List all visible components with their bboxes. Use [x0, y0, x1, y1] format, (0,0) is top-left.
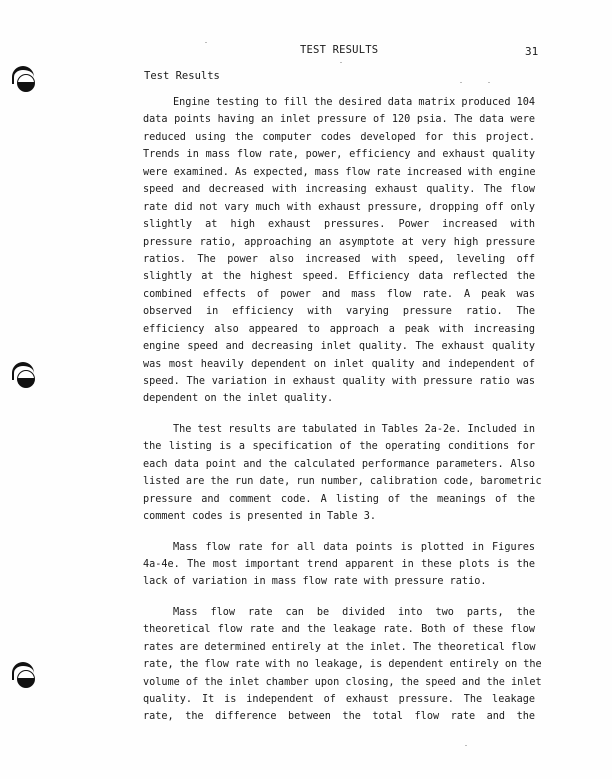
paragraph: Engine testing to fill the desired data … [143, 94, 535, 408]
text-line: speed. The variation in exhaust quality … [143, 373, 535, 390]
text-line: 4a-4e. The most important trend apparent… [143, 556, 535, 573]
text-line: speed and decreased with increasing exha… [143, 181, 535, 198]
binder-hole-icon [12, 362, 34, 390]
text-line: Mass flow rate can be divided into two p… [143, 604, 535, 621]
text-line: comment codes is presented in Table 3. [143, 508, 535, 525]
text-line: slightly at high exhaust pressures. Powe… [143, 216, 535, 233]
document-page: TEST RESULTS 31 Test Results Engine test… [0, 0, 612, 779]
text-line: The test results are tabulated in Tables… [143, 421, 535, 438]
text-line: each data point and the calculated perfo… [143, 456, 535, 473]
paragraph: The test results are tabulated in Tables… [143, 421, 535, 526]
page-number: 31 [525, 45, 538, 58]
text-line: pressure ratio, approaching an asymptote… [143, 234, 535, 251]
text-line: engine speed and decreasing inlet qualit… [143, 338, 535, 355]
running-head: TEST RESULTS [300, 44, 378, 56]
paragraph: Mass flow rate can be divided into two p… [143, 604, 535, 726]
text-line: rate, the flow rate with no leakage, is … [143, 656, 535, 673]
body-text: Engine testing to fill the desired data … [143, 94, 535, 739]
text-line: listed are the run date, run number, cal… [143, 473, 535, 490]
paragraph: Mass flow rate for all data points is pl… [143, 539, 535, 591]
text-line: rate did not vary much with exhaust pres… [143, 199, 535, 216]
text-line: Engine testing to fill the desired data … [143, 94, 535, 111]
text-line: were examined. As expected, mass flow ra… [143, 164, 535, 181]
text-line: slightly at the highest speed. Efficienc… [143, 268, 535, 285]
text-line: volume of the inlet chamber upon closing… [143, 674, 535, 691]
binder-hole-icon [12, 66, 34, 94]
text-line: dependent on the inlet quality. [143, 390, 535, 407]
text-line: rates are determined entirely at the inl… [143, 639, 535, 656]
binder-hole-icon [12, 662, 34, 690]
text-line: ratios. The power also increased with sp… [143, 251, 535, 268]
text-line: Mass flow rate for all data points is pl… [143, 539, 535, 556]
text-line: efficiency also appeared to approach a p… [143, 321, 535, 338]
text-line: lack of variation in mass flow rate with… [143, 573, 535, 590]
section-heading: Test Results [144, 70, 220, 82]
text-line: data points having an inlet pressure of … [143, 111, 535, 128]
text-line: rate, the difference between the total f… [143, 708, 535, 725]
text-line: reduced using the computer codes develop… [143, 129, 535, 146]
text-line: observed in efficiency with varying pres… [143, 303, 535, 320]
text-line: combined effects of power and mass flow … [143, 286, 535, 303]
text-line: the listing is a specification of the op… [143, 438, 535, 455]
text-line: Trends in mass flow rate, power, efficie… [143, 146, 535, 163]
text-line: quality. It is independent of exhaust pr… [143, 691, 535, 708]
text-line: theoretical flow rate and the leakage ra… [143, 621, 535, 638]
text-line: was most heavily dependent on inlet qual… [143, 356, 535, 373]
text-line: pressure and comment code. A listing of … [143, 491, 535, 508]
